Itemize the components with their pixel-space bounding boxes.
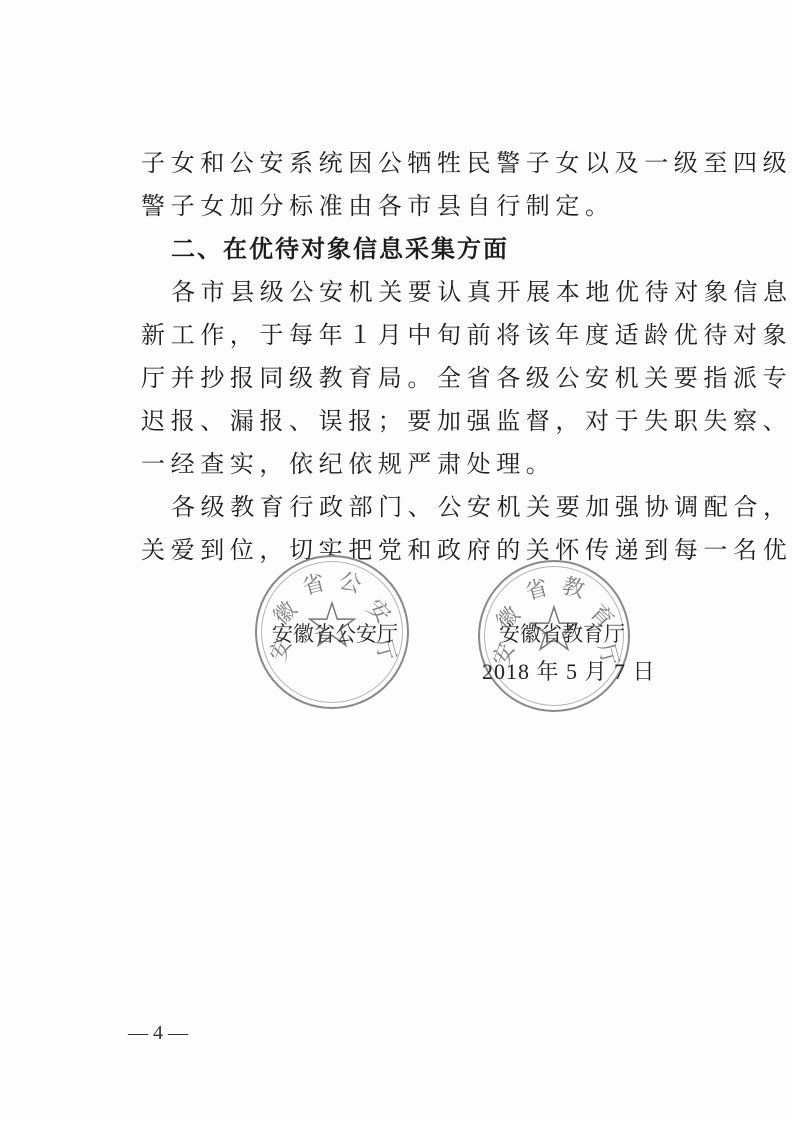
body-line: 关爱到位，切实把党和政府的关怀传递到每一名优待对象。 xyxy=(141,535,721,565)
body-line: 警子女加分标准由各市县自行制定。 xyxy=(141,191,721,221)
document-page: 子女和公安系统因公牺牲民警子女以及一级至四级因公伤残民 警子女加分标准由各市县自… xyxy=(0,0,793,1121)
body-line: 厅并抄报同级教育局。全省各级公安机关要指派专人负责，严防 xyxy=(141,363,721,393)
signatory-public-security: 安徽省公安厅 xyxy=(272,618,398,648)
document-date: 2018 年 5 月 7 日 xyxy=(482,655,656,686)
section-heading: 二、在优待对象信息采集方面 xyxy=(171,234,751,264)
body-line: 子女和公安系统因公牺牲民警子女以及一级至四级因公伤残民 xyxy=(141,148,721,178)
page-number: — 4 — xyxy=(128,1022,188,1045)
body-line: 新工作，于每年１月中旬前将该年度适龄优待对象信息报省公安 xyxy=(141,320,721,350)
body-line: 迟报、漏报、误报；要加强监督，对于失职失察、弄虚作假的， xyxy=(141,406,721,436)
signatory-education: 安徽省教育厅 xyxy=(499,618,625,648)
body-line: 一经查实，依纪依规严肃处理。 xyxy=(141,449,721,479)
body-line: 各级教育行政部门、公安机关要加强协调配合，精准到人， xyxy=(171,492,751,522)
body-line: 各市县级公安机关要认真开展本地优待对象信息采集和更 xyxy=(171,277,751,307)
